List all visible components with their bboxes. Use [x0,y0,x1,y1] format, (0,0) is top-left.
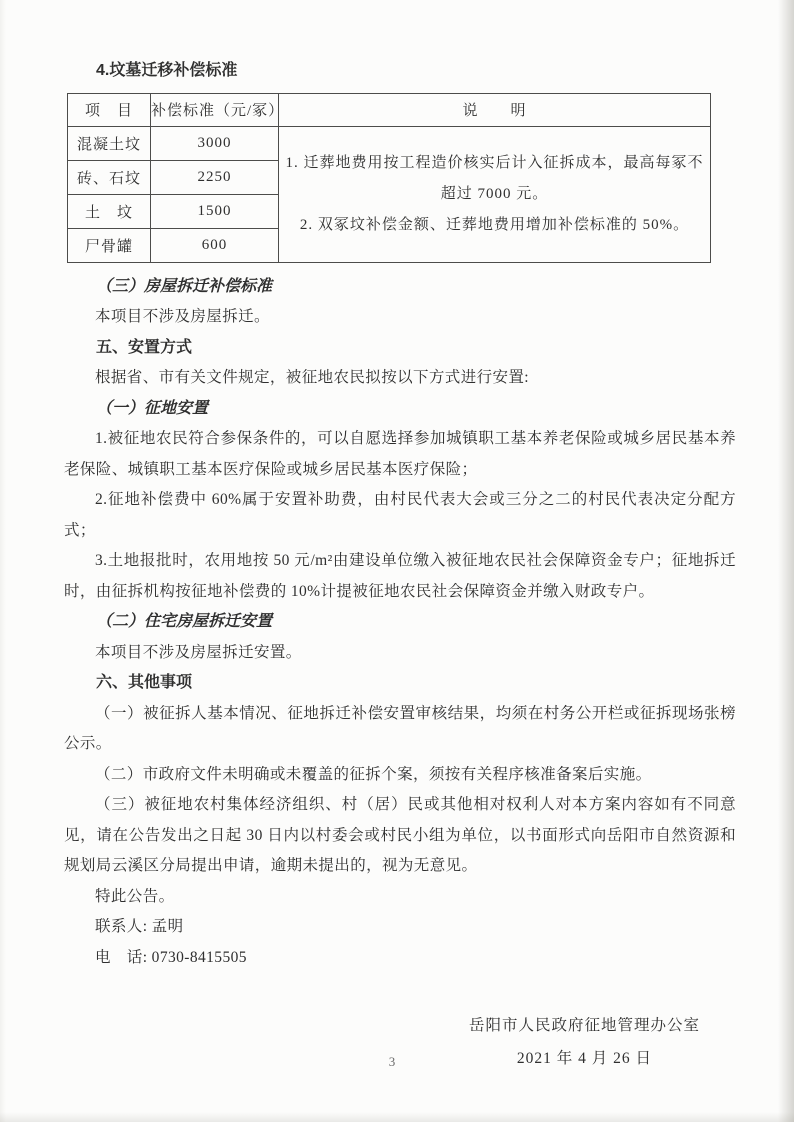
paragraph-closing-notice: 特此公告。 [64,882,736,913]
row-item-cell: 混凝土坟 [68,126,151,160]
paragraph-resettlement-intro: 根据省、市有关文件规定，被征地农民拟按以下方式进行安置: [64,363,736,394]
column-header-item: 项 目 [68,93,151,126]
paragraph-no-housing: 本项目不涉及房屋拆迁。 [64,302,736,333]
note-line-2: 2. 双冢坟补偿金额、迁葬地费用增加补偿标准的 50%。 [279,210,710,241]
heading-grave-relocation-standard: 4.坟墓迁移补偿标准 [64,56,736,87]
paragraph-no-house-resettlement: 本项目不涉及房屋拆迁安置。 [64,638,736,669]
row-standard-cell: 600 [151,228,279,262]
signature-organization: 岳阳市人民政府征地管理办公室 [469,1009,700,1042]
row-item-cell: 尸骨罐 [68,228,151,262]
contact-phone-line: 电 话: 0730-8415505 [64,943,736,974]
table-notes-cell: 1. 迁葬地费用按工程造价核实后计入征拆成本，最高每冢不超过 7000 元。 2… [279,126,711,262]
row-item-cell: 砖、石坟 [68,160,151,194]
subheading-house-resettlement: （二）住宅房屋拆迁安置 [64,607,736,638]
paragraph-subsidy-allocation: 2.征地补偿费中 60%属于安置补助费，由村民代表大会或三分之二的村民代表决定分… [64,485,736,546]
paragraph-insurance-option: 1.被征地农民符合参保条件的，可以自愿选择参加城镇职工基本养老保险或城乡居民基本… [64,424,736,485]
paragraph-other-2-case-approval: （二）市政府文件未明确或未覆盖的征拆个案，须按有关程序核准备案后实施。 [64,760,736,791]
column-header-note: 说 明 [279,93,711,126]
contact-person-line: 联系人: 孟明 [64,912,736,943]
column-header-standard: 补偿标准（元/冢） [151,93,279,126]
paragraph-other-3-objection: （三）被征地农村集体经济组织、村（居）民或其他相对权利人对本方案内容如有不同意见… [64,790,736,882]
paragraph-other-1-publicity: （一）被征拆人基本情况、征地拆迁补偿安置审核结果，均须在村务公开栏或征拆现场张榜… [64,699,736,760]
page-number: 3 [0,1054,784,1070]
row-item-cell: 土 坟 [68,194,151,228]
heading-section5-resettlement: 五、安置方式 [64,333,736,364]
table-header-row: 项 目 补偿标准（元/冢） 说 明 [68,93,711,126]
row-standard-cell: 1500 [151,194,279,228]
subheading-housing-compensation: （三）房屋拆迁补偿标准 [64,272,736,303]
paragraph-social-security-fund: 3.土地报批时，农用地按 50 元/m²由建设单位缴入被征地农民社会保障资金专户… [64,546,736,607]
row-standard-cell: 3000 [151,126,279,160]
note-line-1: 1. 迁葬地费用按工程造价核实后计入征拆成本，最高每冢不超过 7000 元。 [279,148,710,210]
subheading-land-resettlement: （一）征地安置 [64,394,736,425]
row-standard-cell: 2250 [151,160,279,194]
table-row: 混凝土坟 3000 1. 迁葬地费用按工程造价核实后计入征拆成本，最高每冢不超过… [68,126,711,160]
compensation-table: 项 目 补偿标准（元/冢） 说 明 混凝土坟 3000 1. 迁葬地费用按工程造… [67,93,711,263]
document-content: 4.坟墓迁移补偿标准 项 目 补偿标准（元/冢） 说 明 混凝土坟 3000 1… [64,56,736,1075]
scanned-document-page: 4.坟墓迁移补偿标准 项 目 补偿标准（元/冢） 说 明 混凝土坟 3000 1… [0,0,794,1122]
heading-section6-other-matters: 六、其他事项 [64,668,736,699]
